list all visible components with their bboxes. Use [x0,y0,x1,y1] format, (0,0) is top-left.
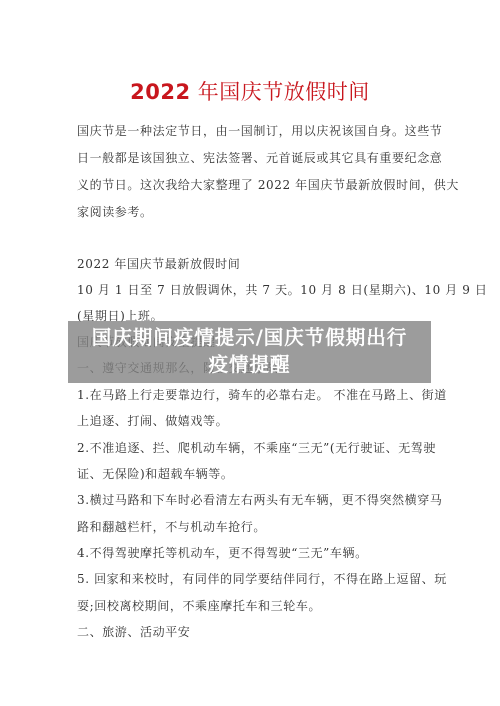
section1-item-line-7: 4.不得驾驶摩托等机动车，更不得驾驶“三无”车辆。 [77,545,437,561]
intro-line-4: 家阅读参考。 [77,204,437,220]
intro-line-2: 日一般都是该国独立、宪法签署、元首诞辰或其它具有重要纪念意 [77,150,437,166]
section1-item-line-5: 3.横过马路和下车时必看清左右两头有无车辆，更不得突然横穿马 [77,492,437,508]
section1-item-line-9: 耍;回校离校期间，不乘座摩托车和三轮车。 [77,598,437,614]
title-text: 年国庆节放假时间 [191,80,370,104]
title-year: 2022 [130,80,190,104]
schedule-line-1: 10 月 1 日至 7 日放假调休，共 7 天。10 月 8 日(星期六)、10… [77,282,437,298]
section1-item-line-2: 上追逐、打闹、做嬉戏等。 [77,413,437,429]
intro-line-1: 国庆节是一种法定节日，由一国制订，用以庆祝该国自身。这些节 [77,123,437,139]
section1-item-line-3: 2.不准追逐、拦、爬机动车辆，不乘座“三无”(无行驶证、无驾驶 [77,440,437,456]
document-title: 2022 年国庆节放假时间 [0,79,500,105]
section1-item-line-8: 5. 回家和来校时，有同伴的同学要结伴同行，不得在路上逗留、玩 [77,571,437,587]
section1-item-line-6: 路和翻越栏杆，不与机动车抢行。 [77,519,437,535]
schedule-heading: 2022 年国庆节最新放假时间 [77,256,437,272]
intro-line-3: 义的节日。这次我给大家整理了 2022 年国庆节最新放假时间，供大 [77,177,437,193]
headline-overlay-text: 国庆期间疫情提示/国庆节假期出行 疫情提醒 [68,324,431,378]
section1-item-line-4: 证、无保险)和超载车辆等。 [77,466,437,482]
headline-line-2: 疫情提醒 [68,351,431,378]
headline-line-1: 国庆期间疫情提示/国庆节假期出行 [68,324,431,351]
section2-heading: 二、旅游、活动平安 [77,624,437,640]
section1-item-line-1: 1.在马路上行走要靠边行，骑车的必靠右走。 不准在马路上、街道 [77,387,437,403]
